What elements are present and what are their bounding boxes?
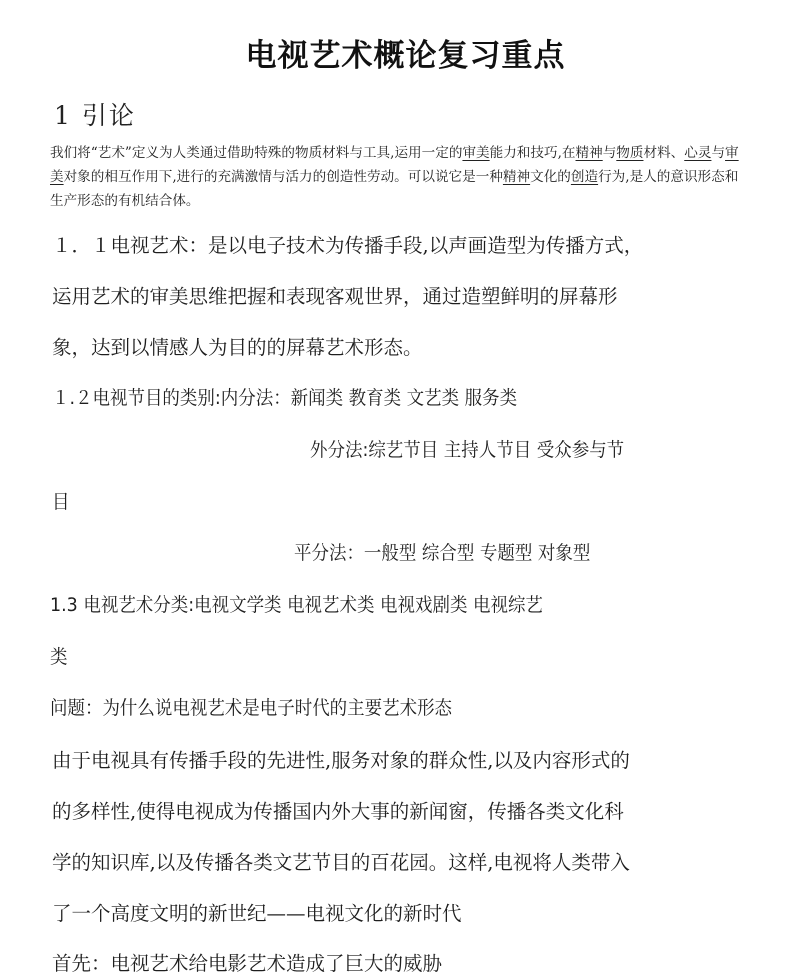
underlined-term: 精神 [503, 169, 530, 185]
question-line: 问题：为什么说电视艺术是电子时代的主要艺术形态 [50, 693, 452, 720]
answer-line: 由于电视具有传播手段的先进性,服务对象的群众性,以及内容形式的 [52, 745, 630, 773]
definition-line: 运用艺术的审美思维把握和表现客观世界，通过造塑鲜明的屏幕形 [52, 281, 618, 309]
document-page: 电视艺术概论复习重点 1 引论 我们将“艺术”定义为人类通过借助特殊的物质材料与… [0, 0, 811, 975]
definition-line: １．１电视艺术：是以电子技术为传播手段,以声画造型为传播方式， [52, 230, 643, 258]
intro-text: 能力和技巧,在 [490, 145, 576, 161]
intro-text: 我们将“艺术”定义为人类通过借助特殊的物质材料与工具,运用一定的 [50, 145, 462, 161]
program-types-flat: 平分法：一般型 综合型 专题型 对象型 [294, 538, 590, 565]
intro-paragraph: 我们将“艺术”定义为人类通过借助特殊的物质材料与工具,运用一定的审美能力和技巧,… [50, 141, 750, 213]
art-categories-wrap: 类 [50, 642, 67, 669]
program-types-line: １.２电视节目的类别:内分法：新闻类 教育类 文艺类 服务类 [52, 383, 517, 410]
program-types-wrap: 目 [52, 487, 69, 514]
answer-line: 首先：电视艺术给电影艺术造成了巨大的威胁 [52, 948, 442, 975]
underlined-term: 心灵 [684, 145, 711, 161]
art-categories-line: 1.3 电视艺术分类:电视文学类 电视艺术类 电视戏剧类 电视综艺 [50, 590, 543, 617]
document-title: 电视艺术概论复习重点 [0, 30, 811, 75]
intro-text: 文化的 [530, 169, 571, 185]
underlined-term: 创造 [571, 169, 598, 185]
program-types-external: 外分法:综艺节目 主持人节目 受众参与节 [310, 435, 624, 462]
definition-line: 象，达到以情感人为目的的屏幕艺术形态。 [52, 332, 423, 360]
intro-text: 材料、 [643, 145, 684, 161]
intro-text: 与 [711, 145, 725, 161]
answer-line: 了一个高度文明的新世纪——电视文化的新时代 [52, 898, 462, 926]
underlined-term: 精神 [576, 145, 603, 161]
section-heading: 1 引论 [54, 96, 136, 132]
intro-text: 对象的相互作用下,进行的充满激情与活力的创造性劳动。可以说它是一种 [64, 169, 503, 185]
answer-line: 的多样性,使得电视成为传播国内外大事的新闻窗，传播各类文化科 [52, 796, 624, 824]
answer-line: 学的知识库,以及传播各类文艺节目的百花园。这样,电视将人类带入 [52, 847, 630, 875]
intro-text: 与 [603, 145, 617, 161]
underlined-term: 物质 [616, 145, 643, 161]
underlined-term: 审美 [462, 145, 489, 161]
